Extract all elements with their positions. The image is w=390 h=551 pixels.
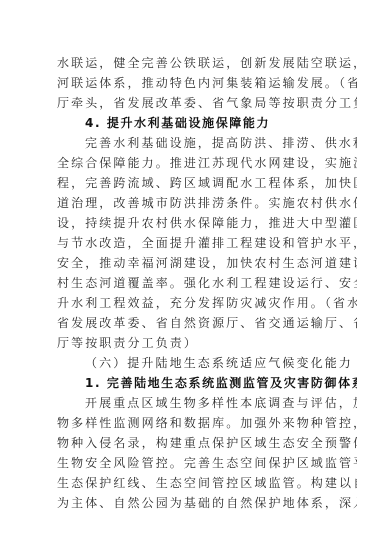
- paragraph-line: 完善水利基础设施，提高防洪、排涝、供水和水生态安: [57, 133, 357, 153]
- paragraph-line: 省发展改革委、省自然资源厅、省交通运输厅、省生态环境: [57, 313, 357, 333]
- paragraph-line: 安全，推动幸福河湖建设，加快农村生态河道建设，提升农: [57, 253, 357, 273]
- paragraph-line: 村生态河道覆盖率。强化水利工程建设运行、安全管理，提: [57, 273, 357, 293]
- paragraph-line: 厅牵头，省发展改革委、省气象局等按职责分工负责）: [57, 93, 357, 113]
- paragraph-line: 开展重点区域生物多样性本底调查与评估，加快构建生: [57, 393, 357, 413]
- paragraph-line: 设，持续提升农村供水保障能力，推进大中型灌区续建配套: [57, 213, 357, 233]
- heading-text: 完善陆地生态系统监测监管及灾害防御体系: [101, 376, 357, 390]
- paragraph-line: 程，完善跨流域、跨区域调配水工程体系，加快区域骨干河: [57, 173, 357, 193]
- paragraph-line: 生态保护红线、生态空间管控区域监管。构建以自然保护区: [57, 473, 357, 493]
- section-heading: （六）提升陆地生态系统适应气候变化能力: [57, 353, 357, 373]
- subsection-heading: 4. 提升水利基础设施保障能力: [57, 113, 357, 133]
- paragraph-line: 物多样性监测网络和数据库。加强外来物种管控，制定外来: [57, 413, 357, 433]
- paragraph-line: 生物安全风险管控。完善生态空间保护区域监管平台，加强: [57, 453, 357, 473]
- heading-number: 1.: [85, 376, 101, 390]
- paragraph-line: 物种入侵名录，构建重点保护区域生态安全预警体系，强化: [57, 433, 357, 453]
- subsection-heading: 1. 完善陆地生态系统监测监管及灾害防御体系: [57, 373, 357, 393]
- paragraph-line: 厅等按职责分工负责）: [57, 333, 357, 353]
- paragraph-line: 河联运体系，推动特色内河集装箱运输发展。（省交通运输: [57, 73, 357, 93]
- heading-text: 提升水利基础设施保障能力: [101, 116, 270, 130]
- heading-number: 4.: [85, 116, 101, 130]
- paragraph-line: 道治理，改善城市防洪排涝条件。实施农村供水保障工程建: [57, 193, 357, 213]
- paragraph-line: 全综合保障能力。推进江苏现代水网建设，实施流域防洪工: [57, 153, 357, 173]
- paragraph-line: 升水利工程效益，充分发挥防灾减灾作用。（省水利厅牵头，: [57, 293, 357, 313]
- paragraph-line: 与节水改造，全面提升灌排工程建设和管护水平，保障粮食: [57, 233, 357, 253]
- paragraph-line: 为主体、自然公园为基础的自然保护地体系，深入推进“、: [57, 493, 357, 513]
- document-page: 水联运，健全完善公铁联运，创新发展陆空联运，完善江海 河联运体系，推动特色内河集…: [57, 53, 357, 513]
- paragraph-line: 水联运，健全完善公铁联运，创新发展陆空联运，完善江海: [57, 53, 357, 73]
